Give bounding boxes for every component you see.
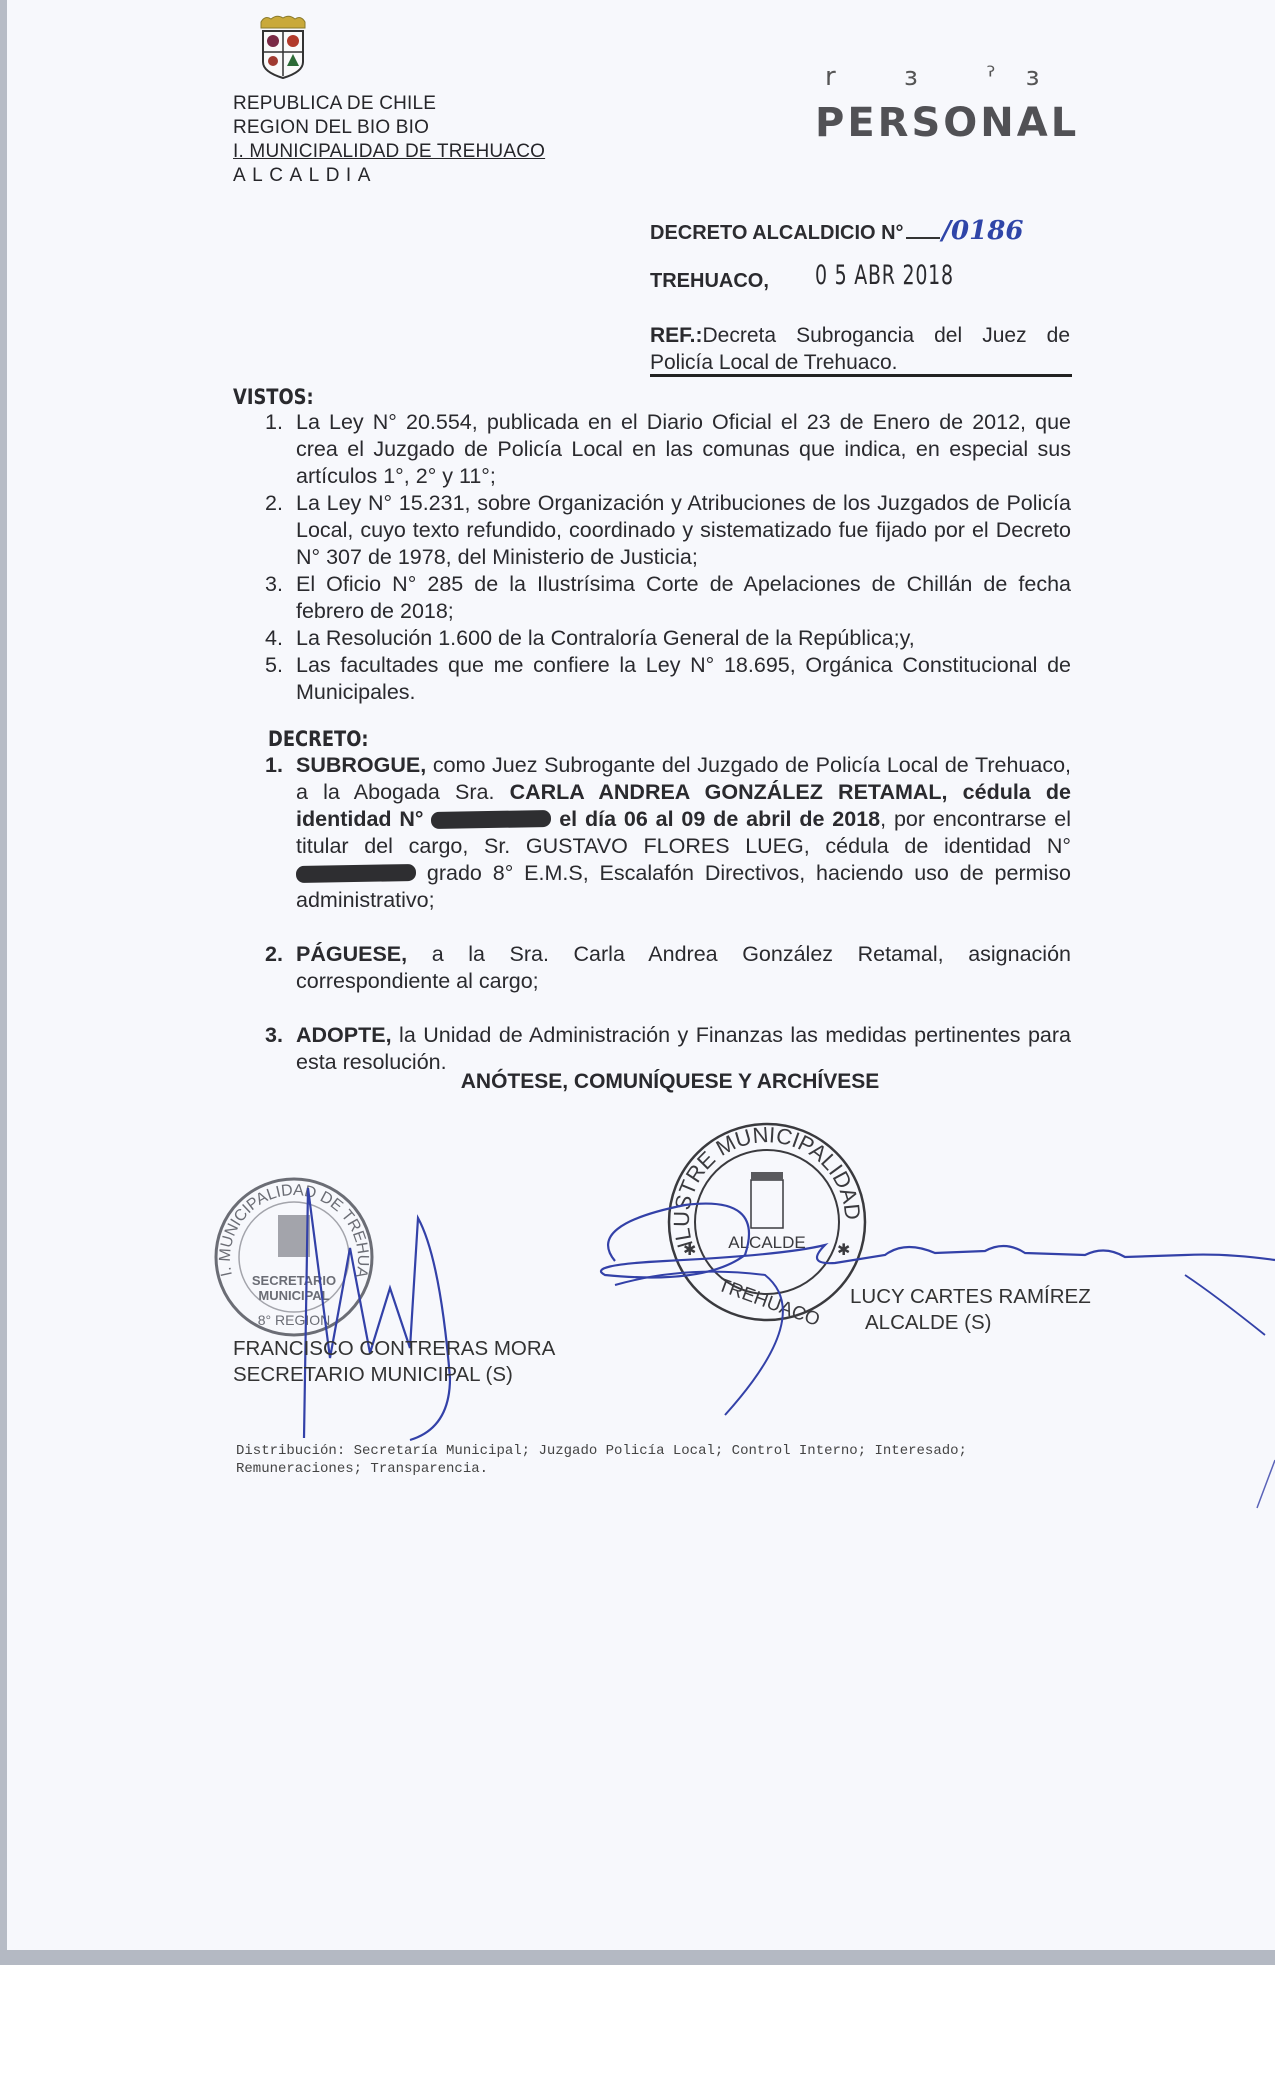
vistos-item: 2.La Ley N° 15.231, sobre Organización y…	[265, 490, 1071, 571]
item-text: La Resolución 1.600 de la Contraloría Ge…	[296, 626, 915, 650]
reference-line-1: REF.:Decreta Subrogancia del Juez de	[650, 322, 1070, 349]
decreto-list: 1.SUBROGUE, como Juez Subrogante del Juz…	[265, 752, 1071, 1076]
coat-of-arms-icon	[255, 14, 311, 80]
decree-number-line: DECRETO ALCALDICIO N°/0186	[650, 216, 1023, 246]
item-text: La Ley N° 15.231, sobre Organización y A…	[296, 491, 1071, 569]
header-region: REGION DEL BIO BIO	[233, 116, 429, 140]
header-municipality: I. MUNICIPALIDAD DE TREHUACO	[233, 140, 545, 164]
item-verb: ADOPTE,	[296, 1023, 392, 1047]
vistos-item: 4.La Resolución 1.600 de la Contraloría …	[265, 625, 1071, 652]
item-number: 1.	[265, 409, 283, 436]
item-verb: SUBROGUE,	[296, 753, 426, 777]
decreto-title: DECRETO:	[268, 727, 369, 751]
signature-stroke-icon	[1255, 1460, 1275, 1510]
redacted-id-2	[296, 864, 416, 883]
item-number: 3.	[265, 1022, 283, 1049]
vistos-item: 5.Las facultades que me confiere la Ley …	[265, 652, 1071, 706]
item-number: 3.	[265, 571, 283, 598]
vistos-item: 3.El Oficio N° 285 de la Ilustrísima Cor…	[265, 571, 1071, 625]
reference: REF.:Decreta Subrogancia del Juez de Pol…	[650, 322, 1070, 376]
reference-text-1: Decreta Subrogancia del Juez de	[703, 324, 1071, 347]
reference-label: REF.:	[650, 324, 703, 347]
secretary-name: FRANCISCO CONTRERAS MORA	[233, 1336, 555, 1362]
date-stamp: 0 5 ABR 2018	[815, 260, 954, 291]
scanner-bed-edge	[0, 1950, 1275, 1965]
item-text: El Oficio N° 285 de la Ilustrísima Corte…	[296, 572, 1071, 623]
vistos-title: VISTOS:	[233, 385, 314, 409]
vistos-list: 1.La Ley N° 20.554, publicada en el Diar…	[265, 409, 1071, 706]
stamp-fragment: r ɜ ˀɜ	[825, 62, 1069, 92]
secretary-role: SECRETARIO MUNICIPAL (S)	[233, 1362, 513, 1388]
decreto-item-1: 1.SUBROGUE, como Juez Subrogante del Juz…	[265, 752, 1071, 914]
distribution-line-1: Distribución: Secretaría Municipal; Juzg…	[236, 1442, 1076, 1460]
header-office: ALCALDIA	[233, 164, 377, 188]
item-number: 1.	[265, 752, 283, 779]
mayor-role: ALCALDE (S)	[865, 1310, 991, 1336]
decree-number-handwritten: /0186	[942, 216, 1024, 246]
substitution-dates: el día 06 al 09 de abril de 2018	[551, 807, 880, 831]
vistos-item: 1.La Ley N° 20.554, publicada en el Diar…	[265, 409, 1071, 490]
reference-line-2: Policía Local de Trehuaco.	[650, 349, 1070, 376]
item-text: La Ley N° 20.554, publicada en el Diario…	[296, 410, 1071, 488]
number-blank	[906, 237, 940, 239]
item-text: a la Sra. Carla Andrea González Retamal,…	[296, 942, 1071, 993]
secretary-signature-icon	[300, 1178, 470, 1438]
item-number: 4.	[265, 625, 283, 652]
closing-formula: ANÓTESE, COMUNÍQUESE Y ARCHÍVESE	[420, 1070, 920, 1094]
decree-title-label: DECRETO ALCALDICIO N°	[650, 222, 904, 244]
item-number: 2.	[265, 490, 283, 517]
item-text: Las facultades que me confiere la Ley N°…	[296, 653, 1071, 704]
mayor-name: LUCY CARTES RAMÍREZ	[850, 1284, 1091, 1310]
personal-stamp: PERSONAL	[815, 100, 1079, 146]
place-label: TREHUACO,	[650, 270, 769, 293]
header-country: REPUBLICA DE CHILE	[233, 92, 436, 116]
item-text: la Unidad de Administración y Finanzas l…	[296, 1023, 1071, 1074]
distribution-line-2: Remuneraciones; Transparencia.	[236, 1460, 1076, 1478]
decreto-item-2: 2.PÁGUESE, a la Sra. Carla Andrea Gonzál…	[265, 941, 1071, 995]
decreto-item-3: 3.ADOPTE, la Unidad de Administración y …	[265, 1022, 1071, 1076]
distribution-list: Distribución: Secretaría Municipal; Juzg…	[236, 1442, 1076, 1478]
reference-rule	[650, 374, 1072, 377]
item-verb: PÁGUESE,	[296, 942, 407, 966]
redacted-id-1	[431, 810, 551, 829]
item-number: 2.	[265, 941, 283, 968]
item-number: 5.	[265, 652, 283, 679]
